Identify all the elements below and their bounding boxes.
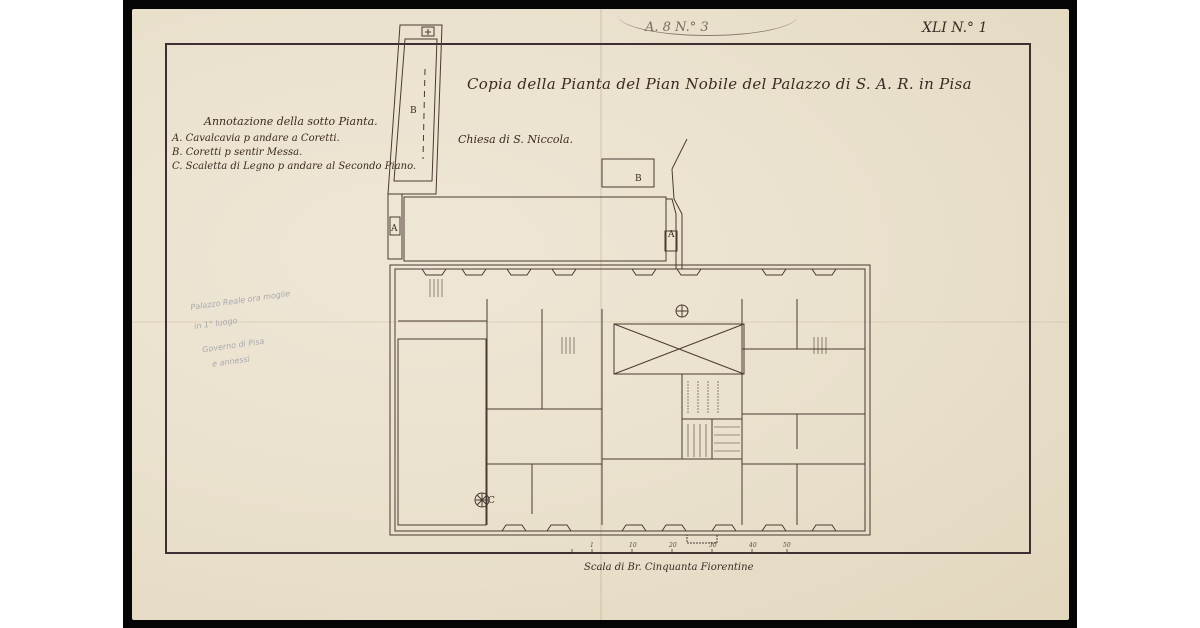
scale-tick: 20 — [668, 542, 677, 549]
floor-plan: B B A A C 1 10 20 30 40 50 — [132, 9, 1069, 620]
scale-bar — [572, 549, 787, 553]
scale-tick: 1 — [590, 542, 594, 549]
room-label-c: C — [488, 496, 495, 506]
scale-tick: 30 — [709, 542, 717, 549]
scale-label: Scala di Br. Cinquanta Fiorentine — [584, 562, 753, 573]
scale-tick: 40 — [748, 542, 757, 549]
room-label-a-right: A — [667, 230, 675, 240]
room-label-b-church: B — [410, 106, 417, 116]
scale-tick: 50 — [783, 542, 791, 549]
scale-tick: 10 — [629, 542, 637, 549]
room-label-b-coretti: B — [635, 174, 642, 184]
paper-sheet: A. 8 N.° 3 XLI N.° 1 Copia della Pianta … — [132, 9, 1069, 620]
room-label-a-left: A — [390, 224, 398, 234]
